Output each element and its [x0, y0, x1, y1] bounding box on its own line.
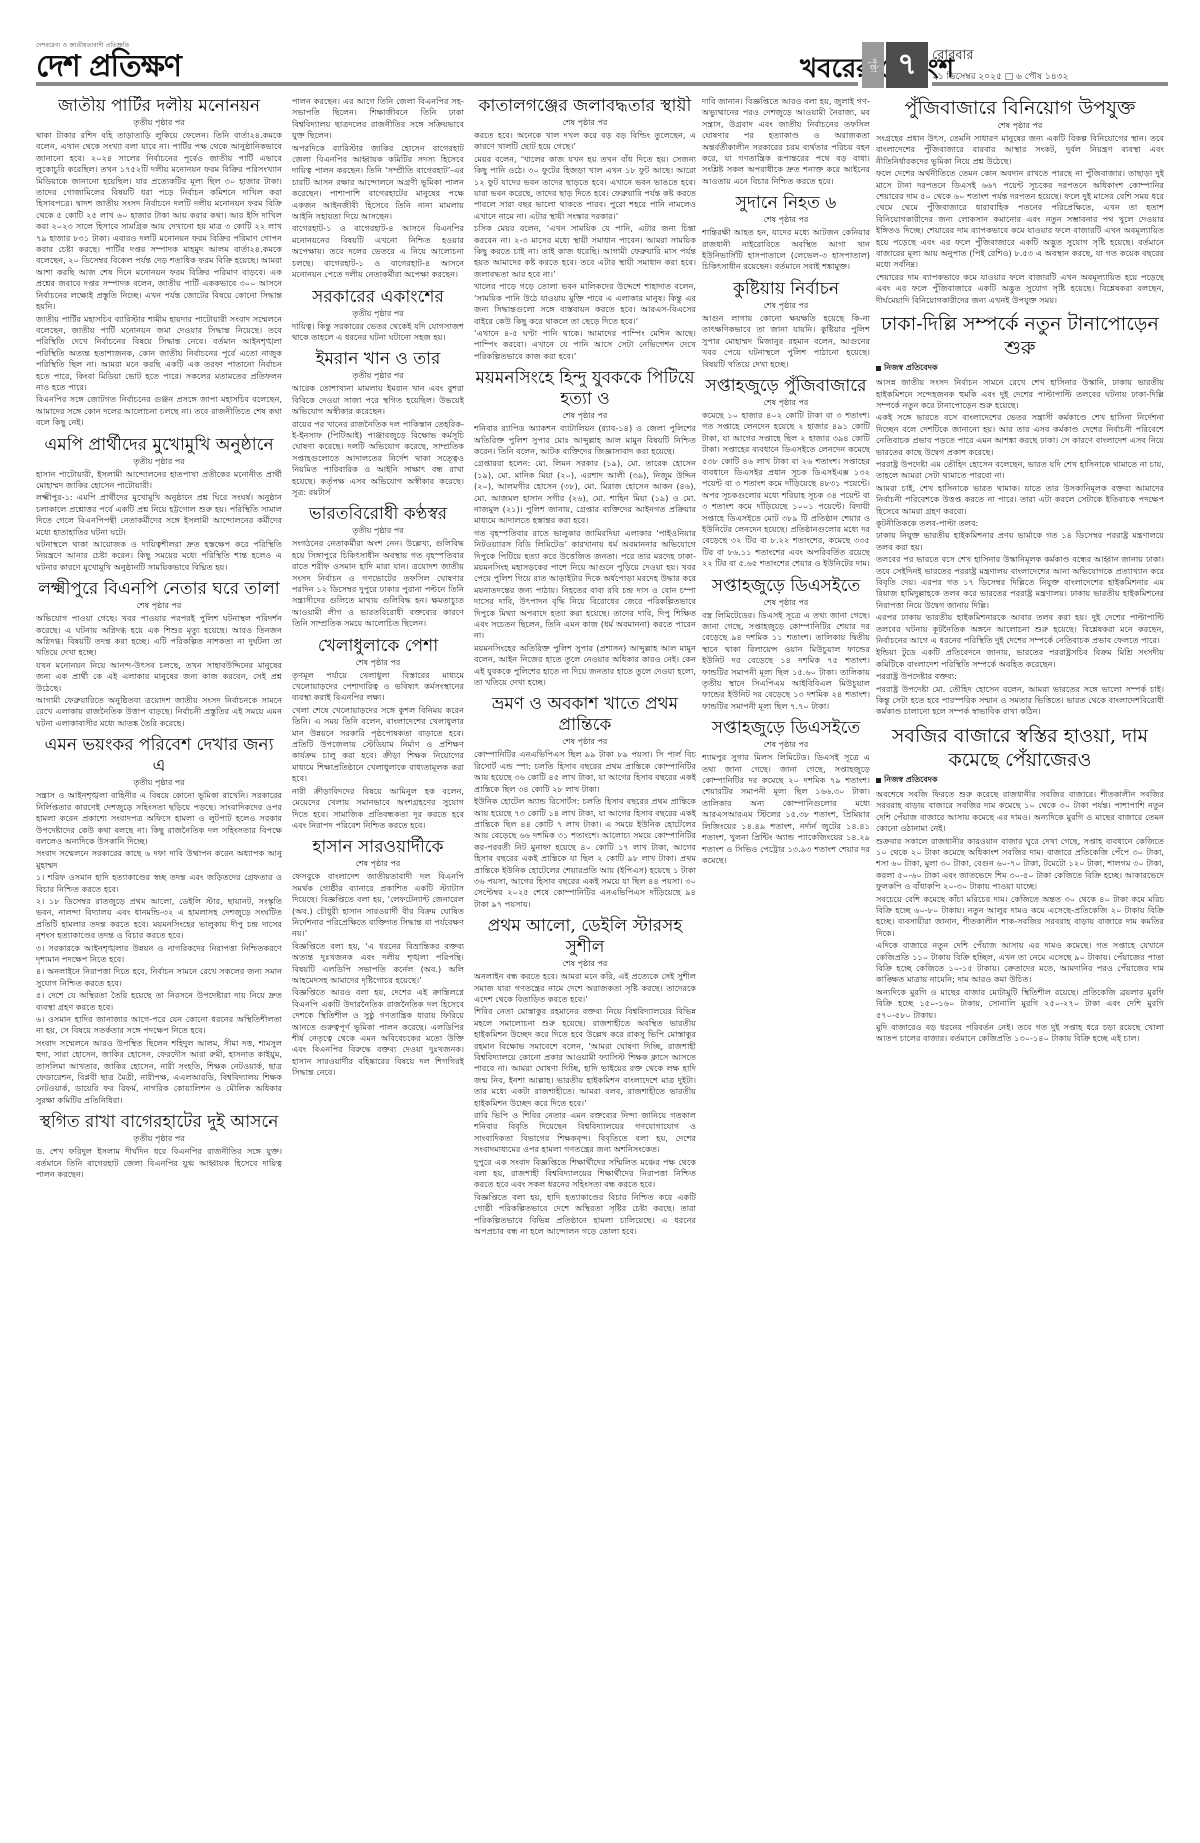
article-headline[interactable]: এমন ভয়ংকর পরিবেশ দেখার জন্য এ — [36, 735, 282, 777]
article-paragraph: আমরা চাই, শেখ হাসিনাকে ভারত থামাক। যাতে … — [876, 483, 1164, 517]
article-body: অভিযোগ পাওয়া গেছে। খবর পাওয়ার পরপরই পু… — [36, 613, 282, 729]
article-paragraph: থাকা টাকার রশিদ বহি তাড়াতাড়ি লুকিয়ে ফ… — [36, 130, 282, 313]
news-article: সুদানে নিহত ৬শেষ পৃষ্ঠার পরশান্তিরক্ষী আ… — [702, 193, 870, 273]
article-paragraph: খালের পাড়ে গড়ে তোলা ভবন মালিকদের উদ্দে… — [474, 281, 696, 327]
article-paragraph: শ্যামপুর সুগার মিলস লিমিটেড। ডিএসই সূত্র… — [702, 752, 870, 866]
continuation-label: শেষ পৃষ্ঠার পর — [474, 117, 696, 128]
article-body: করতে হবে। অনেকে খাল দখল করে বড় বড় বিল্… — [474, 130, 696, 362]
article-paragraph: নারী ক্রীড়াবিদদের বিষয়ে আমিনুল হক বলেন… — [292, 786, 464, 832]
article-paragraph: মুদি বাজারেও বড় ধরনের পরিবর্তন নেই। তবে… — [876, 1022, 1164, 1045]
article-paragraph: অবশেষে সবজি ফিরতে শুরু করেছে রাজধানীর সব… — [876, 789, 1164, 835]
article-paragraph: হাসান পাটোয়ারী, ইসলামী আন্দোলনের হাতপাখ… — [36, 469, 282, 492]
article-paragraph: শেয়ারের দাম ব্যাপকভাবে কমে যাওয়ার ফলে … — [876, 272, 1164, 306]
news-article: সবজির বাজারে স্বস্তির হাওয়া, দাম কমেছে … — [876, 724, 1164, 1045]
article-paragraph: পররাষ্ট্র উপদেষ্টা এম তৌহিদ হোসেন বলেছেন… — [876, 459, 1164, 482]
article-paragraph: সংগ্রহের প্রধান উৎস, তেমনি সাধারণ মানুষে… — [876, 133, 1164, 167]
article-paragraph: আসন্ন জাতীয় সংসদ নির্বাচন সামনে রেখে শে… — [876, 377, 1164, 411]
news-article: প্রথম আলো, ডেইলি স্টারসহ সুশীলশেষ পৃষ্ঠা… — [474, 916, 696, 1237]
article-paragraph: ফলে দেশের অর্থনীতিতে তেমন কোন অবদান রাখত… — [876, 168, 1164, 271]
article-paragraph: লক্ষ্মীপুর-১: এমপি প্রার্থীদের মুখোমুখি … — [36, 492, 282, 538]
article-paragraph: ড. শেখ ফরিদুল ইসলাম দীর্ঘদিন ধরে বিএনপির… — [36, 1146, 282, 1180]
article-paragraph: শান্তিরক্ষী আহত হন, যাদের মধ্যে আটজন কেন… — [702, 227, 870, 273]
byline-text: নিজস্ব প্রতিবেদক — [884, 774, 938, 787]
article-paragraph: অন্যদিকে মুরগি ও মাছের বাজার মোটামুটি স্… — [876, 987, 1164, 1021]
article-paragraph: সবচেয়ে বেশি কমেছে কাঁচা মরিচের দাম। কেজ… — [876, 894, 1164, 940]
article-headline[interactable]: ময়মনসিংহে হিন্দু যুবককে পিটিয়ে হত্যা ও — [474, 368, 696, 410]
continuation-label: শেষ পৃষ্ঠার পর — [36, 600, 282, 611]
news-article: জাতীয় পার্টির দলীয় মনোনয়নতৃতীয় পৃষ্ঠ… — [36, 96, 282, 429]
article-paragraph: অনলাইন বন্ধ করতে হবে। আমরা মনে করি, এই প… — [474, 971, 696, 1005]
article-paragraph: বিজ্ঞপ্তিতে বলা হয়, হাদি হত্যাকাণ্ডের ব… — [474, 1192, 696, 1238]
news-article: হাসান সারওয়ার্দীকেশেষ পৃষ্ঠার পরফেসবুকে… — [292, 837, 464, 1078]
article-paragraph: শুক্রবার সকালে রাজধানীর কারওয়ান বাজার ঘ… — [876, 836, 1164, 893]
article-paragraph: ঢাকায় নিযুক্ত ভারতীয় হাইকমিশনার প্রণয়… — [876, 530, 1164, 553]
news-article: খেলাধুলাকে পেশাশেষ পৃষ্ঠার পরতৃণমূল পর্য… — [292, 636, 464, 832]
continuation-label: শেষ পৃষ্ঠার পর — [292, 657, 464, 668]
article-paragraph: কমেছে ১০ হাজার ৪০২ কোটি টাকা বা ৩ শতাংশ।… — [702, 410, 870, 570]
news-article: এমন ভয়ংকর পরিবেশ দেখার জন্য এতৃতীয় পৃষ… — [36, 735, 282, 1106]
article-paragraph: একই সঙ্গে ভারতে বসে বাংলাদেশের ভেতর সন্ত… — [876, 412, 1164, 458]
article-paragraph: শিবির নেতা মোস্তাকুর রহমানের বক্তব্য নিয… — [474, 1006, 696, 1109]
article-body: শনিবার র‌্যাপিড অ্যাকশন ব্যাটালিয়ন (র‌্… — [474, 423, 696, 688]
continuation-label: তৃতীয় পৃষ্ঠার পর — [292, 525, 464, 536]
article-paragraph: পররাষ্ট্র উপদেষ্টা মো. তৌহিদ হোসেন বলেন,… — [876, 684, 1164, 718]
news-article: ইমরান খান ও তারতৃতীয় পৃষ্ঠার পরআরেক তোশ… — [292, 349, 464, 498]
byline: নিজস্ব প্রতিবেদক — [876, 362, 1164, 375]
news-article: স্থগিত রাখা বাগেরহাটের দুই আসনেতৃতীয় পৃ… — [36, 1112, 282, 1180]
article-paragraph: ‘এখানে ৪-৫ ঘণ্টা পানি থাকে। আমাদের পাম্প… — [474, 328, 696, 362]
day-label: রোববার — [932, 46, 1068, 67]
article-body: অবশেষে সবজি ফিরতে শুরু করেছে রাজধানীর সব… — [876, 789, 1164, 1045]
news-article: সপ্তাহজুড়ে ডিএসইতেশেষ পৃষ্ঠার পরশ্যামপু… — [702, 718, 870, 866]
article-paragraph: কোম্পানিটির এনএভিপিএস ছিল ৯৯ টাকা ৮৯ পয়… — [474, 749, 696, 795]
byline: নিজস্ব প্রতিবেদক — [876, 774, 1164, 787]
article-paragraph: ৪। অনলাইনে নিরাপত্তা দিতে হবে, নির্বাচন … — [36, 966, 282, 989]
continuation-label: তৃতীয় পৃষ্ঠার পর — [36, 1133, 282, 1144]
continuation-label: তৃতীয় পৃষ্ঠার পর — [36, 456, 282, 467]
article-headline[interactable]: ভ্রমণ ও অবকাশ খাতে প্রথম প্রান্তিকে — [474, 694, 696, 736]
news-article: সপ্তাহজুড়ে পুঁজিবাজারেশেষ পৃষ্ঠার পরকমে… — [702, 376, 870, 570]
news-article: ময়মনসিংহে হিন্দু যুবককে পিটিয়ে হত্যা ও… — [474, 368, 696, 688]
article-paragraph: ঘটনাস্থলে থাকা আয়োজক ও দায়িত্বশীলরা দ্… — [36, 539, 282, 573]
article-body: আরেক তোশাখানা মামলায় ইমরান খান এবং বুশর… — [292, 383, 464, 498]
article-body: তৃণমূল পর্যায়ে খেলাধুলা বিস্তারের মাধ্য… — [292, 670, 464, 832]
article-paragraph: তৃণমূল পর্যায়ে খেলাধুলা বিস্তারের মাধ্য… — [292, 670, 464, 704]
article-paragraph: সংবাদ সম্মেলনে আরও উপস্থিত ছিলেন শহিদুল … — [36, 1038, 282, 1106]
news-article: ঢাকা-দিল্লি সম্পর্কে নতুন টানাপোড়েন শুর… — [876, 312, 1164, 718]
article-body: দায়িত্ব। কিন্তু সরকারের ভেতর থেকেই যদি … — [292, 321, 464, 344]
masthead: দেশবরেণ্য ও জাতীয়তাবাদী প্রতিশ্রুতি দেশ… — [0, 0, 1200, 92]
page-number: ৭ — [886, 42, 928, 88]
article-paragraph: কূটনীতিককে তলব-পাল্টা তলব: — [876, 518, 1164, 529]
article-headline[interactable]: সুদানে নিহত ৬ — [702, 193, 870, 214]
news-article: ভারতবিরোধী কণ্ঠস্বরতৃতীয় পৃষ্ঠার পরসংগঠ… — [292, 504, 464, 629]
article-paragraph: সন্ত্রাস ও আইনশৃঙ্খলা বাহিনীর এ বিষয়ে ক… — [36, 790, 282, 847]
square-bullet-icon — [876, 366, 881, 371]
article-headline[interactable]: ভারতবিরোধী কণ্ঠস্বর — [292, 504, 464, 525]
continuation-label: তৃতীয় পৃষ্ঠার পর — [36, 117, 282, 128]
continuation-label: শেষ পৃষ্ঠার পর — [702, 397, 870, 408]
article-headline[interactable]: সরকারের একাংশের — [292, 287, 464, 308]
masthead-divider-left — [36, 82, 604, 86]
article-paragraph: ইউনিক হোটেল অ্যান্ড রিসোর্টস: চলতি হিসাব… — [474, 796, 696, 910]
column-1: জাতীয় পার্টির দলীয় মনোনয়নতৃতীয় পৃষ্ঠ… — [36, 96, 282, 1816]
news-article: লক্ষ্মীপুরে বিএনপি নেতার ঘরে তালাশেষ পৃষ… — [36, 579, 282, 729]
article-paragraph: ময়মনসিংহের অতিরিক্ত পুলিশ সুপার (প্রশাস… — [474, 643, 696, 689]
article-paragraph: পালন করছেন। এর আগে তিনি জেলা বিএনপির সহ-… — [292, 96, 464, 142]
article-paragraph: অভিযোগ পাওয়া গেছে। খবর পাওয়ার পরপরই পু… — [36, 613, 282, 659]
article-headline[interactable]: স্থগিত রাখা বাগেরহাটের দুই আসনে — [36, 1112, 282, 1133]
article-paragraph: ৫। দেশে যে অস্থিরতা তৈরি হয়েছে তা নিরসন… — [36, 990, 282, 1013]
article-paragraph: অপরদিকে ব্যারিস্টার জাকির হোসেন বাগেরহাট… — [292, 143, 464, 223]
article-headline[interactable]: হাসান সারওয়ার্দীকে — [292, 837, 464, 858]
continuation-label: শেষ পৃষ্ঠার পর — [702, 214, 870, 225]
news-article: দাবি জানান। বিজ্ঞপ্তিতে আরও বলা হয়, জুল… — [702, 96, 870, 187]
article-paragraph: বিএনপির সঙ্গে জোটগত নির্বাচনের গুঞ্জন প্… — [36, 394, 282, 428]
article-body: কোম্পানিটির এনএভিপিএস ছিল ৯৯ টাকা ৮৯ পয়… — [474, 749, 696, 910]
article-paragraph: এদিকে বাজারে নতুন দেশি পেঁয়াজ আসায় এর … — [876, 940, 1164, 986]
article-headline[interactable]: ঢাকা-দিল্লি সম্পর্কে নতুন টানাপোড়েন শুর… — [876, 312, 1164, 360]
article-paragraph: আরেক তোশাখানা মামলায় ইমরান খান এবং বুশর… — [292, 383, 464, 417]
continuation-label: শেষ পৃষ্ঠার পর — [474, 736, 696, 747]
continuation-label: শেষ পৃষ্ঠার পর — [876, 120, 1164, 131]
article-paragraph: ফেসবুকে বাংলাদেশ জাতীয়তাবাদী দল বিএনপি … — [292, 871, 464, 939]
news-article: পালন করছেন। এর আগে তিনি জেলা বিএনপির সহ-… — [292, 96, 464, 281]
news-article: ভ্রমণ ও অবকাশ খাতে প্রথম প্রান্তিকেশেষ প… — [474, 694, 696, 910]
column-4: দাবি জানান। বিজ্ঞপ্তিতে আরও বলা হয়, জুল… — [702, 96, 870, 1816]
continuation-label: শেষ পৃষ্ঠার পর — [474, 958, 696, 969]
logo-block: দেশবরেণ্য ও জাতীয়তাবাদী প্রতিশ্রুতি দেশ… — [36, 40, 181, 83]
article-body: থাকা টাকার রশিদ বহি তাড়াতাড়ি লুকিয়ে ফ… — [36, 130, 282, 429]
masthead-divider-right — [932, 82, 1168, 86]
article-body: কমেছে ১০ হাজার ৪০২ কোটি টাকা বা ৩ শতাংশ।… — [702, 410, 870, 570]
article-body: আগুন লাগায় কোনো ক্ষয়ক্ষতি হয়েছে কি-না… — [702, 313, 870, 370]
article-paragraph: গ্রেপ্তাররা হলেন: মো. লিমন সরকার (১৯), ম… — [474, 458, 696, 526]
article-headline[interactable]: লক্ষ্মীপুরে বিএনপি নেতার ঘরে তালা — [36, 579, 282, 600]
date-block: রোববার ২১ ডিসেম্বর ২০২৫ □ ৬ পৌষ ১৪৩২ — [932, 46, 1068, 84]
newspaper-logo[interactable]: দেশ প্রতিক্ষণ — [36, 51, 181, 83]
column-2: পালন করছেন। এর আগে তিনি জেলা বিএনপির সহ-… — [292, 96, 464, 1816]
continuation-label: তৃতীয় পৃষ্ঠার পর — [292, 370, 464, 381]
article-paragraph: বিজ্ঞপ্তিতে বলা হয়, ‘এ ধরনের বিভ্রান্তি… — [292, 941, 464, 987]
article-paragraph: ৩। সরকারকে আইনশৃঙ্খলার উন্নয়ন ও নাগরিকদ… — [36, 943, 282, 966]
article-paragraph: বাগেরহাট-১ ও বাগেরহাট-৪ আসনে বিএনপির মনো… — [292, 223, 464, 280]
article-headline[interactable]: কুষ্টিয়ায় নির্বাচন — [702, 279, 870, 300]
article-paragraph: ২। ১৮ ডিসেম্বর রাতজুড়ে প্রথম আলো, ডেইলি… — [36, 896, 282, 942]
article-body: ফেসবুকে বাংলাদেশ জাতীয়তাবাদী দল বিএনপি … — [292, 871, 464, 1078]
article-headline[interactable]: ইমরান খান ও তার — [292, 349, 464, 370]
article-paragraph: পররাষ্ট্র উপদেষ্টার বক্তব্য: — [876, 671, 1164, 682]
article-paragraph: সংবাদ সম্মেলনে সরকারের কাছে ৬ দফা দাবি উ… — [36, 848, 282, 871]
column-5: পুঁজিবাজারে বিনিয়োগ উপযুক্তশেষ পৃষ্ঠার … — [876, 96, 1164, 1816]
article-headline[interactable]: জাতীয় পার্টির দলীয় মনোনয়ন — [36, 96, 282, 117]
continuation-label: শেষ পৃষ্ঠার পর — [702, 739, 870, 750]
news-article: সরকারের একাংশেরতৃতীয় পৃষ্ঠার পরদায়িত্ব… — [292, 287, 464, 344]
continuation-label: শেষ পৃষ্ঠার পর — [474, 410, 696, 421]
article-paragraph: ৬। ওসমান হাদির জানাজার আগে-পরে যেন কোনো … — [36, 1014, 282, 1037]
article-paragraph: ১। শরিফ ওসমান হাদি হত্যাকাণ্ডের স্বচ্ছ ত… — [36, 872, 282, 895]
continuation-label: শেষ পৃষ্ঠার পর — [292, 858, 464, 869]
article-paragraph: করতে হবে। অনেকে খাল দখল করে বড় বড় বিল্… — [474, 130, 696, 153]
article-headline[interactable]: পুঁজিবাজারে বিনিয়োগ উপযুক্ত — [876, 96, 1164, 120]
article-paragraph: দুপুরে এক সংবাদ বিজ্ঞপ্তিতে শিক্ষার্থীদে… — [474, 1157, 696, 1191]
article-paragraph: যখন মনোনয়ন নিয়ে আনন্দ-উৎসব চলছে, তখন স… — [36, 660, 282, 694]
continuation-label: তৃতীয় পৃষ্ঠার পর — [36, 777, 282, 788]
article-paragraph: রায়ের পর খানের রাজনৈতিক দল পাকিস্তান তে… — [292, 419, 464, 499]
article-paragraph: দায়িত্ব। কিন্তু সরকারের ভেতর থেকেই যদি … — [292, 321, 464, 344]
article-body: সংগ্রহের প্রধান উৎস, তেমনি সাধারণ মানুষে… — [876, 133, 1164, 306]
square-bullet-icon — [876, 778, 881, 783]
article-body: অনলাইন বন্ধ করতে হবে। আমরা মনে করি, এই প… — [474, 971, 696, 1237]
article-paragraph: রাবি ভিপি ও শিবির নেতার এমন বক্তব্যের নি… — [474, 1110, 696, 1156]
article-paragraph: মেয়র বলেন, ‘খালের কাজ যখন হয় তখন বাঁধ … — [474, 154, 696, 222]
article-paragraph: বিজ্ঞপ্তিতে আরও বলা হয়, দেশের এই ক্রান্… — [292, 987, 464, 1078]
news-article: পুঁজিবাজারে বিনিয়োগ উপযুক্তশেষ পৃষ্ঠার … — [876, 96, 1164, 306]
page-label: পৃষ্ঠা — [862, 42, 884, 88]
article-body: সন্ত্রাস ও আইনশৃঙ্খলা বাহিনীর এ বিষয়ে ক… — [36, 790, 282, 1106]
continuation-label: শেষ পৃষ্ঠার পর — [702, 300, 870, 311]
article-body: ড. শেখ ফরিদুল ইসলাম দীর্ঘদিন ধরে বিএনপির… — [36, 1146, 282, 1180]
news-article: এমপি প্রার্থীদের মুখোমুখি অনুষ্ঠানেতৃতীয… — [36, 435, 282, 574]
article-body: দাবি জানান। বিজ্ঞপ্তিতে আরও বলা হয়, জুল… — [702, 96, 870, 187]
article-headline[interactable]: সপ্তাহজুড়ে পুঁজিবাজারে — [702, 376, 870, 397]
article-paragraph: আগামী ফেব্রুয়ারিতে অনুষ্ঠিতব্য ত্রয়োদশ… — [36, 695, 282, 729]
news-article: কাতালগঞ্জের জলাবদ্ধতার স্থায়ীশেষ পৃষ্ঠা… — [474, 96, 696, 362]
article-paragraph: চসিক মেয়র বলেন, ‘এখন সাময়িক যে পানি, এ… — [474, 223, 696, 280]
article-paragraph: সংগঠনের নেতাকর্মীরা অংশ নেন। উল্লেখ্য, গ… — [292, 538, 464, 629]
article-headline[interactable]: সবজির বাজারে স্বস্তির হাওয়া, দাম কমেছে … — [876, 724, 1164, 772]
article-headline[interactable]: খেলাধুলাকে পেশা — [292, 636, 464, 657]
article-paragraph: আগুন লাগায় কোনো ক্ষয়ক্ষতি হয়েছে কি-না… — [702, 313, 870, 370]
article-body: শ্যামপুর সুগার মিলস লিমিটেড। ডিএসই সূত্র… — [702, 752, 870, 866]
article-paragraph: ইন্ডিয়া টুডে একটি প্রতিবেদনে জানায়, ভা… — [876, 647, 1164, 670]
article-headline[interactable]: প্রথম আলো, ডেইলি স্টারসহ সুশীল — [474, 916, 696, 958]
article-paragraph: শনিবার র‌্যাপিড অ্যাকশন ব্যাটালিয়ন (র‌্… — [474, 423, 696, 457]
article-paragraph: বস্ত্র লিমিটেডের। ডিএসই সূত্রে এ তথ্য জা… — [702, 610, 870, 713]
article-headline[interactable]: সপ্তাহজুড়ে ডিএসইতে — [702, 576, 870, 597]
article-body: সংগঠনের নেতাকর্মীরা অংশ নেন। উল্লেখ্য, গ… — [292, 538, 464, 629]
article-paragraph: এরপর ঢাকায় ভারতীয় হাইকমিশনারকে আবার তল… — [876, 612, 1164, 646]
article-paragraph: তলবের পর ভারতে বসে শেখ হাসিনার উস্কানিমূ… — [876, 554, 1164, 611]
article-body: হাসান পাটোয়ারী, ইসলামী আন্দোলনের হাতপাখ… — [36, 469, 282, 574]
article-paragraph: জাতীয় পার্টির মহাসচিব ব্যারিস্টার শামীম… — [36, 314, 282, 394]
article-headline[interactable]: সপ্তাহজুড়ে ডিএসইতে — [702, 718, 870, 739]
article-headline[interactable]: এমপি প্রার্থীদের মুখোমুখি অনুষ্ঠানে — [36, 435, 282, 456]
continuation-label: তৃতীয় পৃষ্ঠার পর — [292, 308, 464, 319]
article-body: শান্তিরক্ষী আহত হন, যাদের মধ্যে আটজন কেন… — [702, 227, 870, 273]
article-paragraph: খেলা শেষে খেলোয়াড়দের সঙ্গে কুশল বিনিময… — [292, 705, 464, 785]
article-headline[interactable]: কাতালগঞ্জের জলাবদ্ধতার স্থায়ী — [474, 96, 696, 117]
continuation-label: শেষ পৃষ্ঠার পর — [702, 597, 870, 608]
article-body: পালন করছেন। এর আগে তিনি জেলা বিএনপির সহ-… — [292, 96, 464, 281]
column-3: কাতালগঞ্জের জলাবদ্ধতার স্থায়ীশেষ পৃষ্ঠা… — [474, 96, 696, 1816]
article-body: বস্ত্র লিমিটেডের। ডিএসই সূত্রে এ তথ্য জা… — [702, 610, 870, 713]
byline-text: নিজস্ব প্রতিবেদক — [884, 362, 938, 375]
article-body: আসন্ন জাতীয় সংসদ নির্বাচন সামনে রেখে শে… — [876, 377, 1164, 718]
news-article: সপ্তাহজুড়ে ডিএসইতেশেষ পৃষ্ঠার পরবস্ত্র … — [702, 576, 870, 713]
article-paragraph: গত বৃহস্পতিবার রাতে ভালুকার জামিরদিয়া এ… — [474, 528, 696, 642]
news-article: কুষ্টিয়ায় নির্বাচনশেষ পৃষ্ঠার পরআগুন ল… — [702, 279, 870, 370]
article-paragraph: দাবি জানান। বিজ্ঞপ্তিতে আরও বলা হয়, জুল… — [702, 96, 870, 187]
